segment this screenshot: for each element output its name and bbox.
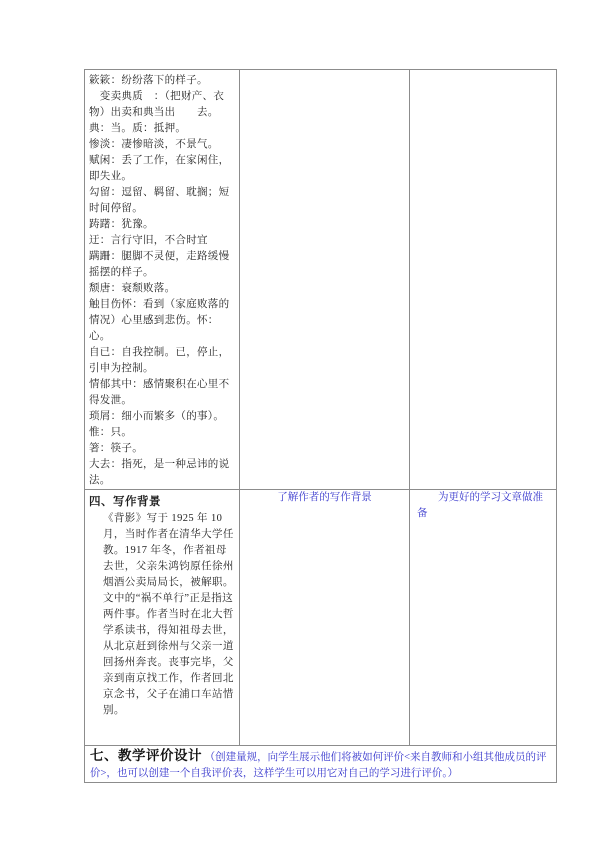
definition-line: 琐屑：细小而繁多（的事）。 (89, 409, 235, 425)
definition-line: 颓唐：衰颓败落。 (89, 281, 235, 297)
section-title-writing-background: 四、写作背景 (89, 494, 235, 511)
row-writing-background: 四、写作背景 《背影》写于 1925 年 10 月，当时作者在清华大学任教。19… (85, 490, 557, 746)
definition-line: 赋闲：丢了工作，在家闲住，即失业。 (89, 153, 235, 185)
definition-line: 变卖典质 ：（把财产、衣物）出卖和典当出 去。典：当。质：抵押。 (89, 89, 235, 137)
section-title-evaluation-design: 七、教学评价设计 (90, 748, 202, 763)
document-page: 簌簌：纷纷落下的样子。 变卖典质 ：（把财产、衣物）出卖和典当出 去。典：当。质… (0, 0, 595, 842)
definition-line: 惨淡：凄惨暗淡，不景气。 (89, 137, 235, 153)
definition-line: 踌躇：犹豫。 (89, 217, 235, 233)
purpose-note-text: 了解作者的写作背景 (240, 490, 409, 506)
definition-line: 自已：自我控制。已，停止，引申为控制。 (89, 345, 235, 377)
definition-line: 箸：筷子。 (89, 441, 235, 457)
cell-row1-right-empty (410, 70, 557, 490)
preparation-note-text: 为更好的学习文章做准备 (417, 490, 549, 522)
row-evaluation-design: 七、教学评价设计 （创建量规，向学生展示他们将被如何评价<来自教师和小组其他成员… (85, 746, 557, 783)
definition-line: 勾留：逗留、羁留、耽搁；短时间停留。 (89, 185, 235, 217)
cell-row1-middle-empty (240, 70, 410, 490)
cell-preparation-note: 为更好的学习文章做准备 (410, 490, 557, 746)
definition-line: 簌簌：纷纷落下的样子。 (89, 73, 235, 89)
definition-line: 惟：只。 (89, 425, 235, 441)
lesson-plan-table: 簌簌：纷纷落下的样子。 变卖典质 ：（把财产、衣物）出卖和典当出 去。典：当。质… (84, 69, 557, 783)
definition-line: 大去：指死，是一种忌讳的说法。 (89, 457, 235, 489)
definition-line: 触目伤怀：看到（家庭败落的情况）心里感到悲伤。怀：心。 (89, 297, 235, 345)
writing-background-paragraph: 《背影》写于 1925 年 10 月，当时作者在清华大学任教。1917 年冬，作… (103, 511, 235, 719)
cell-writing-background: 四、写作背景 《背影》写于 1925 年 10 月，当时作者在清华大学任教。19… (85, 490, 240, 746)
row-word-definitions: 簌簌：纷纷落下的样子。 变卖典质 ：（把财产、衣物）出卖和典当出 去。典：当。质… (85, 70, 557, 490)
definition-line: 迂：言行守旧，不合时宜 (89, 233, 235, 249)
cell-purpose-note: 了解作者的写作背景 (240, 490, 410, 746)
definition-line: 情郁其中：感情聚积在心里不得发泄。 (89, 377, 235, 409)
cell-evaluation-design: 七、教学评价设计 （创建量规，向学生展示他们将被如何评价<来自教师和小组其他成员… (85, 746, 557, 783)
definition-line: 蹒跚：腿脚不灵便，走路缓慢摇摆的样子。 (89, 249, 235, 281)
cell-definitions: 簌簌：纷纷落下的样子。 变卖典质 ：（把财产、衣物）出卖和典当出 去。典：当。质… (85, 70, 240, 490)
